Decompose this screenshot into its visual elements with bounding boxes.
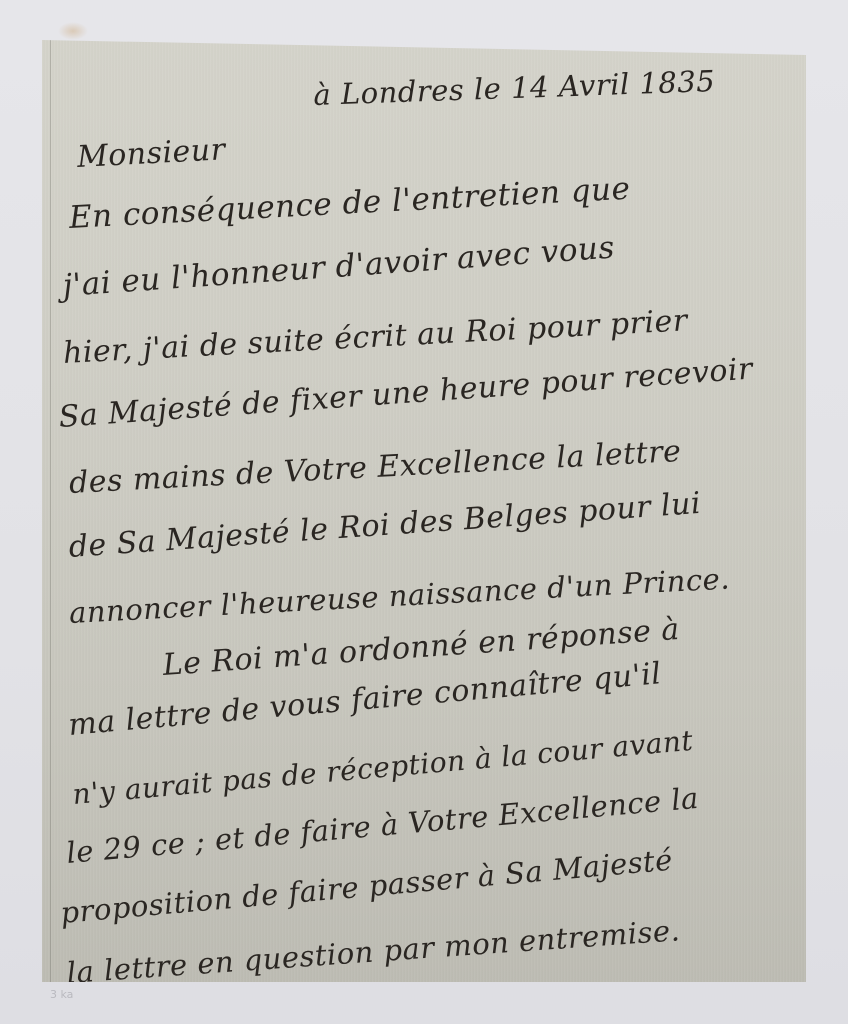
letter-line: de Sa Majesté le Roi des Belges pour lui: [68, 486, 703, 565]
letter-line: En conséquence de l'entretien que: [68, 171, 631, 236]
letter-sheet: à Londres le 14 Avril 1835 Monsieur En c…: [42, 40, 806, 982]
letter-salutation: Monsieur: [76, 132, 226, 175]
letter-line: j'ai eu l'honneur d'avoir avec vous: [61, 229, 615, 304]
letter-line: des mains de Votre Excellence la lettre: [68, 434, 682, 501]
letter-dateline: à Londres le 14 Avril 1835: [313, 64, 716, 112]
paper-stain: [58, 22, 88, 40]
letter-line: la lettre en question par mon entremise.: [66, 913, 682, 990]
pencil-margin-note: 3 ka: [50, 988, 73, 1001]
letter-line: hier, j'ai de suite écrit au Roi pour pr…: [62, 303, 688, 371]
letter-line: ma lettre de vous faire connaître qu'il: [67, 656, 663, 743]
